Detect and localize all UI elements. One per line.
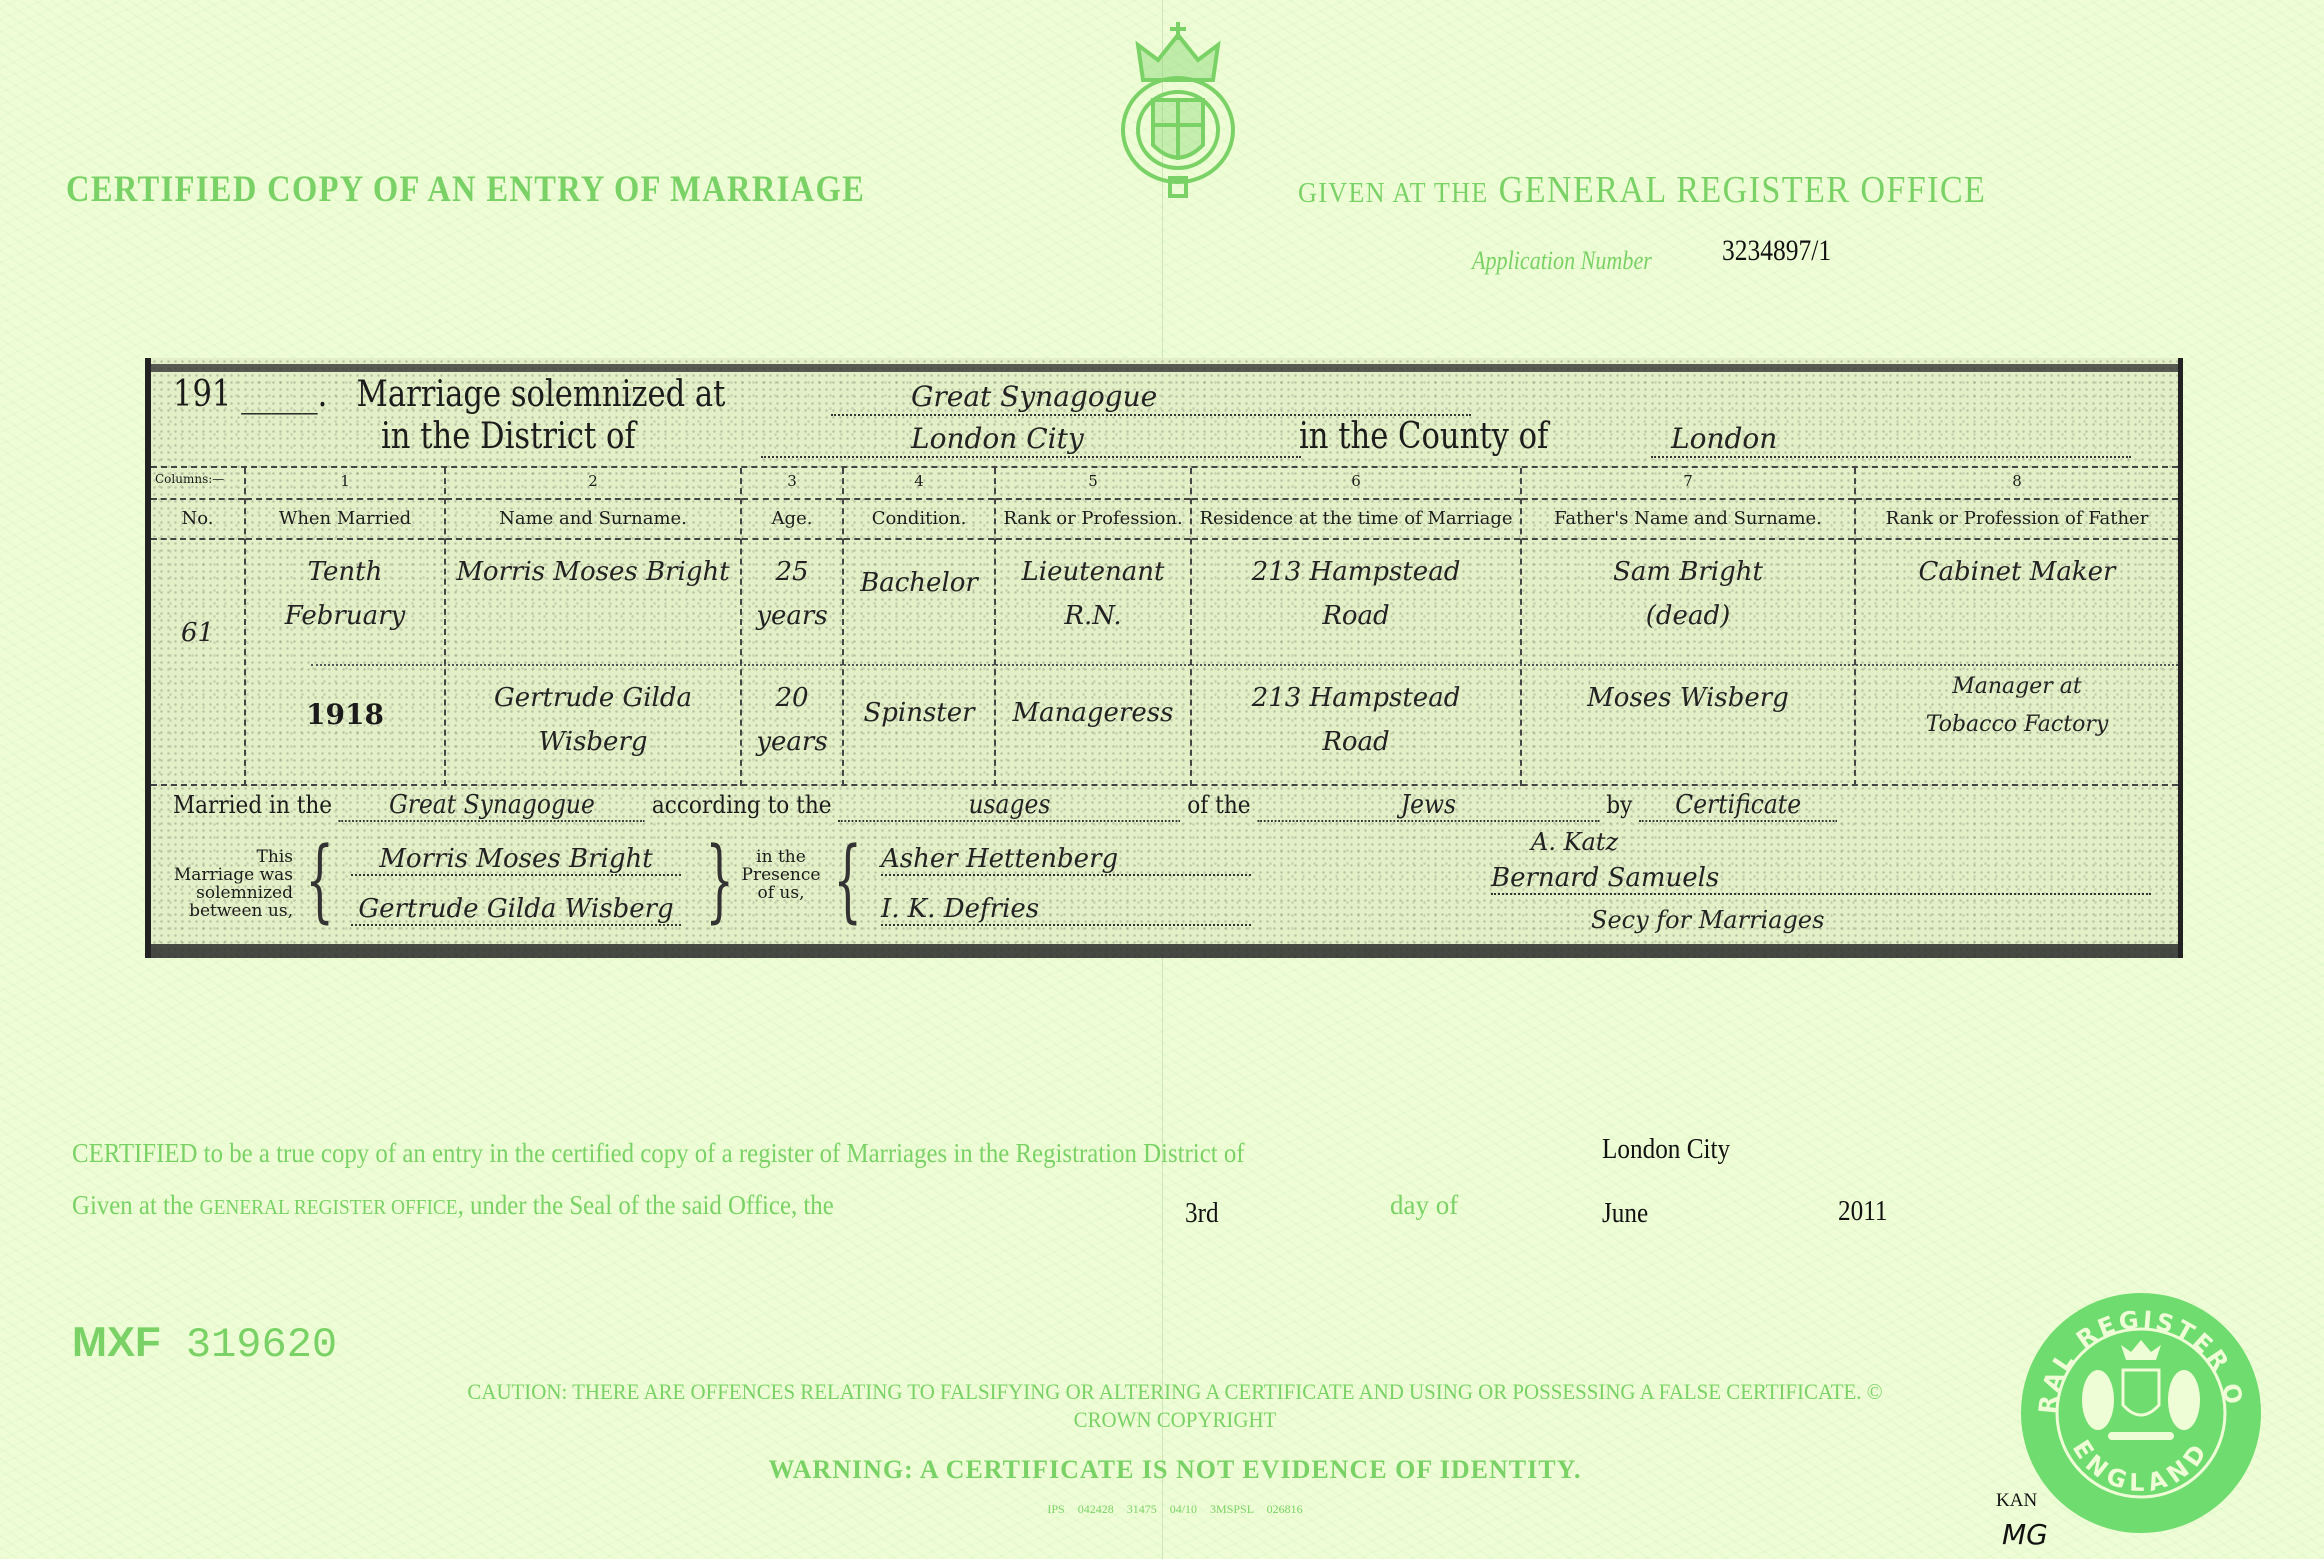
groom-signature: Morris Moses Bright bbox=[351, 844, 681, 876]
column-header: No. bbox=[151, 498, 244, 540]
entry-number: 61 bbox=[151, 618, 244, 648]
register-bottom-border bbox=[151, 944, 2178, 958]
column-header: Condition. bbox=[844, 498, 994, 540]
caution-notice: CAUTION: THERE ARE OFFENCES RELATING TO … bbox=[467, 1378, 1883, 1434]
clerk-initials: MG bbox=[2002, 1518, 2048, 1551]
bride-father-profession: Manager at Tobacco Factory bbox=[1856, 668, 2178, 744]
register-heading-line2: in the District of bbox=[381, 416, 636, 457]
left-brace-icon: { bbox=[305, 828, 334, 933]
county-value: London bbox=[1671, 422, 1777, 455]
bride-signature: Gertrude Gilda Wisberg bbox=[351, 894, 681, 926]
officiant-signature: A. Katz bbox=[1531, 828, 1618, 856]
column-residence: 6 Residence at the time of Marriage 213 … bbox=[1192, 468, 1522, 786]
register-heading-line1: 191 _____. Marriage solemnized at bbox=[173, 374, 725, 415]
gro-seal-icon: GENERAL REGISTER OFFICE ENGLAND bbox=[2018, 1290, 2264, 1536]
column-profession: 5 Rank or Profession. Lieutenant R.N. Ma… bbox=[996, 468, 1192, 786]
bride-father-name: Moses Wisberg bbox=[1522, 676, 1854, 720]
witness-signature: I. K. Defries bbox=[881, 894, 1251, 926]
solemnized-label: Marriage solemnized at bbox=[357, 374, 726, 415]
officiant-signature: Bernard Samuels bbox=[1491, 863, 2151, 895]
column-no: No. 61 bbox=[151, 468, 246, 786]
according-value: usages bbox=[838, 790, 1180, 822]
column-header: Rank or Profession. bbox=[996, 498, 1190, 540]
married-in-line: Married in the Great Synagogue according… bbox=[173, 790, 1837, 822]
solemnized-at-value: Great Synagogue bbox=[911, 380, 1157, 413]
register-entry: 191 _____. Marriage solemnized at Great … bbox=[145, 358, 2183, 958]
bride-profession: Manageress bbox=[996, 698, 1190, 728]
column-header: Residence at the time of Marriage bbox=[1192, 498, 1520, 540]
bride-name: Gertrude Gilda Wisberg bbox=[446, 676, 740, 764]
groom-condition: Bachelor bbox=[844, 568, 994, 598]
column-when-married: 1 When Married Tenth February 1918 bbox=[246, 468, 446, 786]
certified-day: 3rd bbox=[1185, 1198, 1219, 1230]
serial-number: 319620 bbox=[186, 1321, 337, 1369]
bride-age: 20 years bbox=[742, 676, 842, 764]
bride-residence: 213 Hampstead Road bbox=[1192, 676, 1520, 764]
of-the-value: Jews bbox=[1257, 790, 1599, 822]
groom-age: 25 years bbox=[742, 550, 842, 638]
day-of-label: day of bbox=[1390, 1190, 1458, 1221]
row-separator bbox=[311, 664, 2178, 666]
certified-month: June bbox=[1602, 1198, 1648, 1230]
groom-residence: 213 Hampstead Road bbox=[1192, 550, 1520, 638]
bride-condition: Spinster bbox=[844, 698, 994, 728]
groom-father-profession: Cabinet Maker bbox=[1856, 550, 2178, 594]
groom-father-name: Sam Bright (dead) bbox=[1522, 550, 1854, 638]
right-brace-icon: } bbox=[705, 828, 734, 933]
column-condition: 4 Condition. Bachelor Spinster bbox=[844, 468, 996, 786]
clerk-code: KAN bbox=[1996, 1490, 2037, 1512]
royal-crest-icon bbox=[1098, 20, 1258, 200]
office-title-prefix: Given at the bbox=[1298, 177, 1489, 209]
column-name: 2 Name and Surname. Morris Moses Bright … bbox=[446, 468, 742, 786]
column-father-name: 7 Father's Name and Surname. Sam Bright … bbox=[1522, 468, 1856, 786]
groom-profession: Lieutenant R.N. bbox=[996, 550, 1190, 638]
register-top-border bbox=[151, 364, 2178, 372]
print-code: IPS 042428 31475 04/10 3MSPSL 026816 bbox=[430, 1502, 1920, 1517]
county-fill-line bbox=[1651, 456, 2131, 458]
column-father-profession: 8 Rank or Profession of Father Cabinet M… bbox=[1856, 468, 2178, 786]
when-married-value: Tenth February bbox=[246, 550, 444, 638]
county-label: in the County of bbox=[1299, 416, 1548, 457]
column-age: 3 Age. 25 years 20 years bbox=[742, 468, 844, 786]
by-value: Certificate bbox=[1639, 790, 1837, 822]
solemnized-between-label: This Marriage was solemnized between us, bbox=[173, 848, 293, 920]
application-number: 3234897/1 bbox=[1722, 234, 1831, 268]
certified-year: 2011 bbox=[1838, 1196, 1887, 1228]
column-header: Father's Name and Surname. bbox=[1522, 498, 1854, 540]
married-in-value: Great Synagogue bbox=[339, 790, 645, 822]
district-fill-line bbox=[761, 456, 1301, 458]
officiant-title: Secy for Marriages bbox=[1591, 906, 1824, 934]
witness-signature: Asher Hettenberg bbox=[881, 844, 1251, 876]
district-value: London City bbox=[911, 422, 1084, 455]
groom-name: Morris Moses Bright bbox=[446, 550, 740, 594]
certificate-serial: MXF 319620 bbox=[72, 1318, 337, 1369]
serial-prefix: MXF bbox=[72, 1318, 161, 1365]
marriage-year: 1918 bbox=[246, 698, 444, 731]
year-prefix: 191 bbox=[173, 374, 231, 415]
register-table: Columns:— No. 61 1 When Married Tenth Fe… bbox=[151, 466, 2178, 786]
application-number-label: Application Number bbox=[1472, 246, 1652, 276]
left-brace-icon: { bbox=[833, 828, 862, 933]
column-header: Name and Surname. bbox=[446, 498, 740, 540]
certified-district: London City bbox=[1602, 1134, 1730, 1166]
column-header: Rank or Profession of Father bbox=[1856, 498, 2178, 540]
column-header: When Married bbox=[246, 498, 444, 540]
table-bottom-rule bbox=[151, 784, 2178, 786]
identity-warning: WARNING: A CERTIFICATE IS NOT EVIDENCE O… bbox=[430, 1455, 1920, 1485]
certificate-title: CERTIFIED COPY OF AN ENTRY OF MARRIAGE bbox=[66, 168, 865, 211]
column-header: Age. bbox=[742, 498, 842, 540]
certification-statement: CERTIFIED to be a true copy of an entry … bbox=[72, 1138, 1245, 1169]
presence-label: in the Presence of us, bbox=[741, 848, 821, 902]
office-title-main: GENERAL REGISTER OFFICE bbox=[1499, 169, 1987, 211]
office-title: Given at the GENERAL REGISTER OFFICE bbox=[1298, 168, 1986, 212]
given-at-statement: Given at the General Register Office, un… bbox=[72, 1190, 834, 1221]
